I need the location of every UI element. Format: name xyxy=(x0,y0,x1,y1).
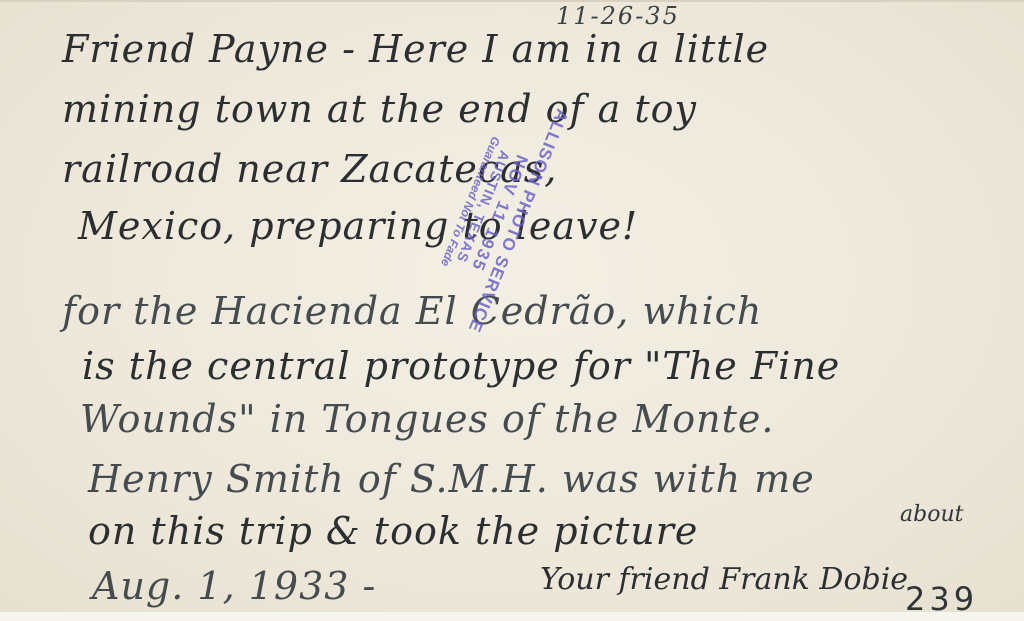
text-line-2: mining town at the end of a toy xyxy=(62,90,697,128)
signature: Your friend Frank Dobie xyxy=(540,562,908,597)
text-line-8: Henry Smith of S.M.H. was with me xyxy=(88,460,815,498)
text-line-7: Wounds" in Tongues of the Monte. xyxy=(80,400,774,438)
scan-bottom-edge xyxy=(0,612,1024,621)
date-annotation: 11-26-35 xyxy=(556,2,680,30)
text-line-1: Friend Payne - Here I am in a little xyxy=(62,30,769,68)
text-line-9: on this trip & took the picture xyxy=(88,512,698,550)
postcard-back: 11-26-35 Friend Payne - Here I am in a l… xyxy=(0,0,1024,612)
text-line-10: Aug. 1, 1933 - xyxy=(92,567,376,605)
inserted-word-about: about xyxy=(900,502,963,527)
text-line-4: Mexico, preparing to leave! xyxy=(78,207,638,245)
